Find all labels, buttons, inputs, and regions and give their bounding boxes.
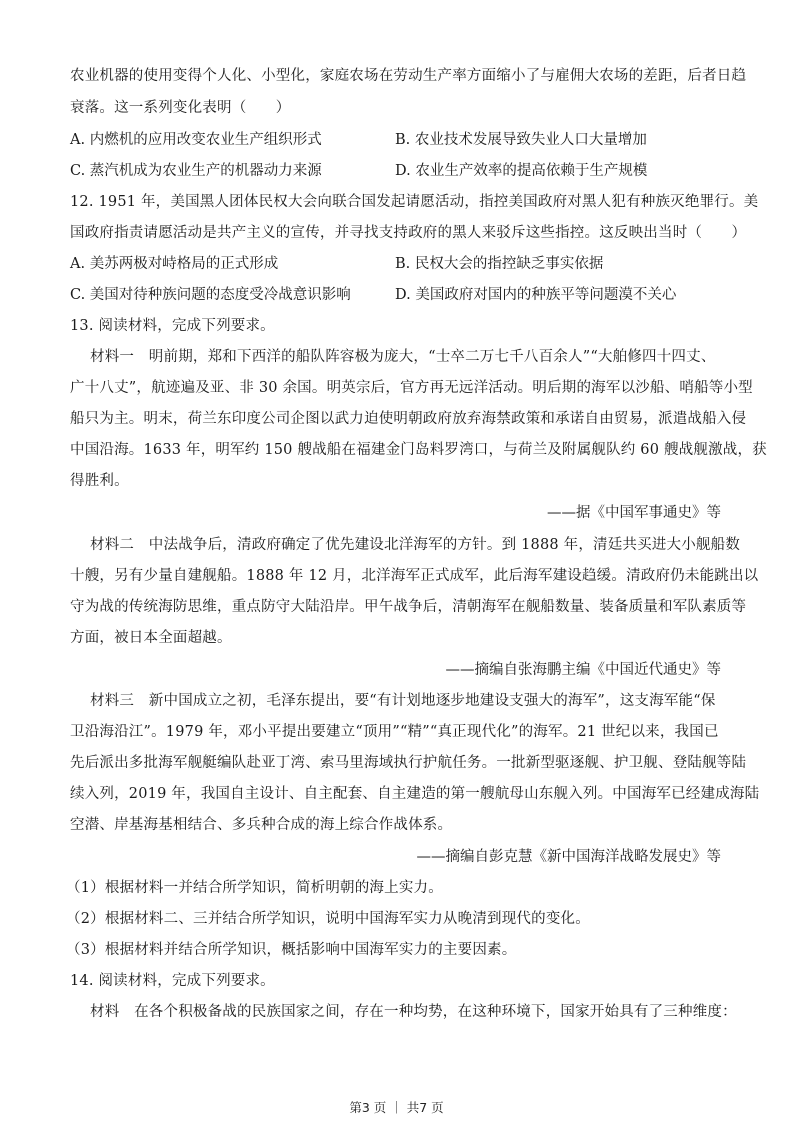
q12-option-c: C. 美国对待种族问题的态度受冷战意识影响 [70,285,351,305]
q13-material3-line-4: 续入列，2019 年，我国自主设计、自主配套、自主建造的第一艘航母山东舰入列。中… [70,784,726,804]
q13-question-1: （1）根据材料一并结合所学知识，简析明朝的海上实力。 [66,878,722,898]
q12-stem-line-1: 12. 1951 年，美国黑人团体民权大会向联合国发起请愿活动，指控美国政府对黑… [70,192,726,212]
q13-material3-line-3: 先后派出多批海军舰艇编队赴亚丁湾、索马里海域执行护航任务。一批新型驱逐舰、护卫舰… [70,753,726,773]
q13-material1-line-3: 船只为主。明末，荷兰东印度公司企图以武力迫使明朝政府放弃海禁政策和承诺自由贸易，… [70,409,726,429]
q13-material3-line-1: 材料三 新中国成立之初，毛泽东提出，要“有计划地逐步地建设支强大的海军”，这支海… [90,691,746,711]
q11-stem-line-1: 农业机器的使用变得个人化、小型化，家庭农场在劳动生产率方面缩小了与雇佣大农场的差… [70,66,726,86]
q11-stem-line-2: 衰落。这一系列变化表明（ ） [70,98,726,118]
q11-option-c: C. 蒸汽机成为农业生产的机器动力来源 [70,161,322,181]
page-number-footer: 第3 页 ｜ 共7 页 [0,1098,793,1116]
q11-option-a: A. 内燃机的应用改变农业生产组织形式 [70,130,322,150]
q12-option-d: D. 美国政府对国内的种族平等问题漠不关心 [395,285,676,305]
q12-option-a: A. 美苏两极对峙格局的正式形成 [70,254,278,274]
q13-material2-line-4: 方面，被日本全面超越。 [70,628,726,648]
q13-material1-line-1: 材料一 明前期，郑和下西洋的船队阵容极为庞大，“士卒二万七千八百余人”“大舶修四… [90,347,746,367]
q14-title: 14. 阅读材料，完成下列要求。 [70,971,726,991]
q13-title: 13. 阅读材料，完成下列要求。 [70,316,726,336]
q13-material1-line-2: 广十八丈”，航迹遍及亚、非 30 余国。明英宗后，官方再无远洋活动。明后期的海军… [70,378,726,398]
q13-question-2: （2）根据材料二、三并结合所学知识，说明中国海军实力从晚清到现代的变化。 [66,909,722,929]
q12-option-b: B. 民权大会的指控缺乏事实依据 [395,254,603,274]
document-page: 农业机器的使用变得个人化、小型化，家庭农场在劳动生产率方面缩小了与雇佣大农场的差… [0,0,793,1122]
q13-material1-line-4: 中国沿海。1633 年，明军约 150 艘战船在福建金门岛料罗湾口，与荷兰及附属… [70,440,726,460]
q12-stem-line-2: 国政府指责请愿活动是共产主义的宣传，并寻找支持政府的黑人来驳斥这些指控。这反映出… [70,223,726,243]
q13-material2-line-3: 守为战的传统海防思维，重点防守大陆沿岸。甲午战争后，清朝海军在舰船数量、装备质量… [70,597,726,617]
q13-material2-source: ——摘编自张海鹏主编《中国近代通史》等 [446,660,722,680]
q13-material1-line-5: 得胜利。 [70,471,726,491]
q13-material1-source: ——据《中国军事通史》等 [547,503,721,523]
q13-material2-line-2: 十艘，另有少量自建舰船。1888 年 12 月，北洋海军正式成军，此后海军建设趋… [70,566,726,586]
q14-material-line-1: 材料 在各个积极备战的民族国家之间，存在一种均势，在这种环境下，国家开始具有了三… [90,1002,746,1022]
q11-option-d: D. 农业生产效率的提高依赖于生产规模 [395,161,647,181]
q13-question-3: （3）根据材料并结合所学知识，概括影响中国海军实力的主要因素。 [66,940,722,960]
q13-material3-line-5: 空潜、岸基海基相结合、多兵种合成的海上综合作战体系。 [70,815,726,835]
q11-option-b: B. 农业技术发展导致失业人口大量增加 [395,130,647,150]
q13-material3-line-2: 卫沿海沿江”。1979 年，邓小平提出要建立“顶用”“精”“真正现代化”的海军。… [70,722,726,742]
q13-material2-line-1: 材料二 中法战争后，清政府确定了优先建设北洋海军的方针。到 1888 年，清廷共… [90,535,746,555]
q13-material3-source: ——摘编自彭克慧《新中国海洋战略发展史》等 [417,847,722,867]
